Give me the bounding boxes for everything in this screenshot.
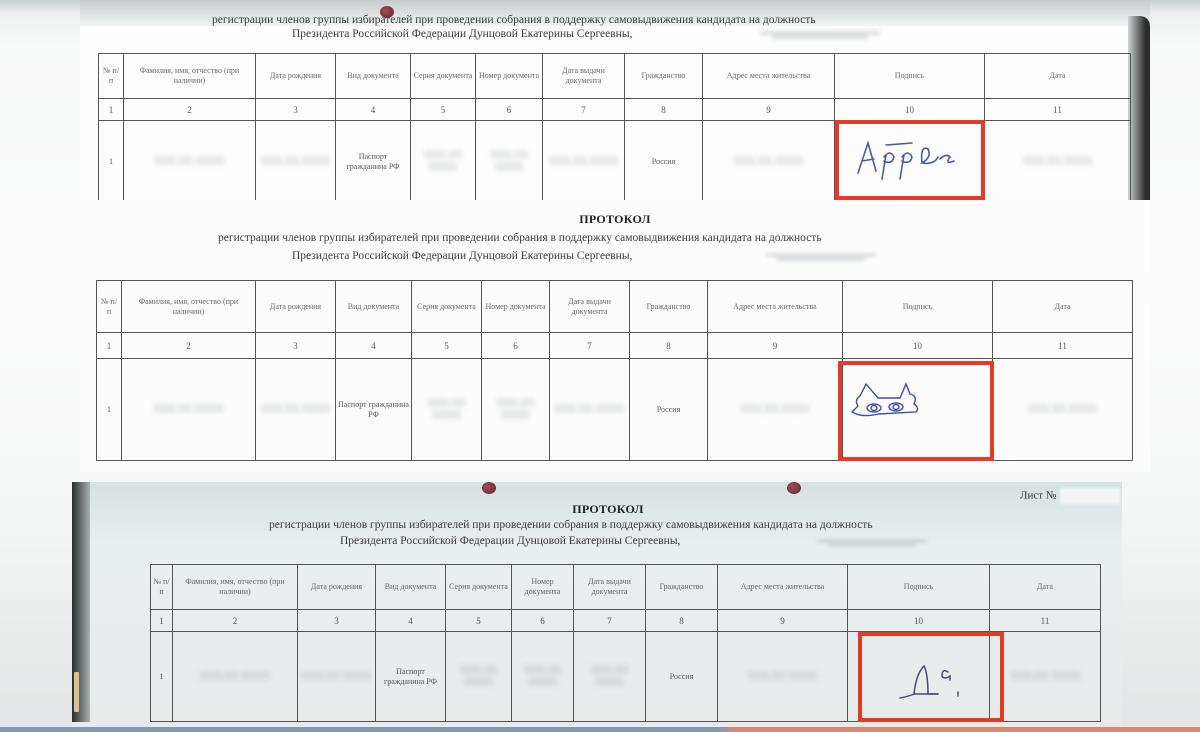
- header-document-type: Вид документа: [336, 281, 412, 333]
- header-signature: Подпись: [835, 54, 985, 99]
- colnum-10: 10: [835, 99, 985, 121]
- cell-document-type: Паспорт гражданина РФ: [336, 121, 411, 203]
- protocol-subtitle-line1: регистрации членов группы избирателей пр…: [218, 232, 822, 244]
- redacted-value: XXX.XX XXXX: [302, 671, 372, 683]
- redacted-sheet-number: [1060, 488, 1120, 504]
- protocol-subtitle-line1: регистрации членов группы избирателей пр…: [212, 14, 816, 26]
- redacted-signature-line: [817, 538, 927, 548]
- row-index: 1: [99, 121, 124, 203]
- cell-document-number: XXX.XX XXXX: [476, 121, 543, 203]
- protocol-subtitle-line1: регистрации членов группы избирателей пр…: [269, 519, 873, 531]
- header-index: № п/п: [97, 281, 122, 333]
- column-number-row: 1 2 3 4 5 6 7 8 9 10 11: [99, 99, 1131, 121]
- colnum-9: 9: [718, 610, 848, 632]
- redacted-value: XXX.XX XXXX: [549, 156, 619, 168]
- colnum-1: 1: [99, 99, 124, 121]
- redacted-value: XXX.XX XXXX: [414, 398, 479, 422]
- page-curl: [1128, 16, 1150, 211]
- colnum-3: 3: [298, 610, 376, 632]
- header-index: № п/п: [99, 54, 124, 99]
- header-issue-date: Дата выдачи документа: [543, 54, 625, 99]
- protocol-subtitle-line2: Президента Российской Федерации Дунцовой…: [292, 28, 632, 40]
- header-birth-date: Дата рождения: [256, 281, 336, 333]
- header-date: Дата: [993, 281, 1133, 333]
- redacted-signature-line: [766, 252, 876, 262]
- protocol-heading: ПРОТОКОЛ: [508, 502, 708, 517]
- cell-date: XXX.XX XXXX: [993, 359, 1133, 461]
- redacted-value: XXX.XX XXXX: [555, 404, 625, 416]
- handwritten-signature-3: [898, 660, 978, 705]
- sheet-number: Лист №: [1020, 488, 1120, 504]
- header-document-number: Номер документа: [476, 54, 543, 99]
- header-birth-date: Дата рождения: [298, 565, 376, 610]
- header-document-number: Номер документа: [482, 281, 550, 333]
- colnum-10: 10: [843, 333, 993, 359]
- colnum-3: 3: [256, 99, 336, 121]
- cell-date: XXX.XX XXXX: [990, 632, 1101, 722]
- colnum-9: 9: [708, 333, 843, 359]
- colnum-4: 4: [376, 610, 446, 632]
- cell-document-series: XXX.XX XXXX: [411, 121, 476, 203]
- handwritten-signature-1: [850, 135, 970, 185]
- colnum-2: 2: [122, 333, 256, 359]
- redacted-value: XXX.XX XXXX: [155, 156, 225, 168]
- redacted-value: XXX.XX XXXX: [261, 156, 331, 168]
- header-citizenship: Гражданство: [630, 281, 708, 333]
- cell-document-series: XXX.XX XXXX: [446, 632, 512, 722]
- redacted-value: XXX.XX XXXX: [740, 404, 810, 416]
- decorative-marker: [74, 672, 79, 712]
- cell-document-type: Паспорт гражданина РФ: [376, 632, 446, 722]
- cell-document-number: XXX.XX XXXX: [512, 632, 574, 722]
- cell-document-series: XXX.XX XXXX: [412, 359, 482, 461]
- colnum-7: 7: [574, 610, 646, 632]
- colnum-8: 8: [630, 333, 708, 359]
- video-progress-band: [0, 727, 1200, 732]
- colnum-9: 9: [703, 99, 835, 121]
- cell-full-name: XXX.XX XXXX: [122, 359, 256, 461]
- redacted-value: XXX.XX XXXX: [154, 404, 224, 416]
- header-document-type: Вид документа: [336, 54, 411, 99]
- header-issue-date: Дата выдачи документа: [550, 281, 630, 333]
- cell-birth-date: XXX.XX XXXX: [256, 121, 336, 203]
- header-citizenship: Гражданство: [625, 54, 703, 99]
- colnum-2: 2: [124, 99, 256, 121]
- redacted-value: XXX.XX XXXX: [478, 150, 540, 174]
- header-full-name: Фамилия, имя, отчество (при наличии): [173, 565, 298, 610]
- colnum-10: 10: [848, 610, 990, 632]
- redacted-value: XXX.XX XXXX: [734, 156, 804, 168]
- header-address: Адрес места жительства: [703, 54, 835, 99]
- cell-citizenship: Россия: [646, 632, 718, 722]
- header-row: № п/п Фамилия, имя, отчество (при наличи…: [97, 281, 1133, 333]
- cell-document-type: Паспорт гражданина РФ: [336, 359, 412, 461]
- colnum-6: 6: [482, 333, 550, 359]
- cell-address: XXX.XX XXXX: [718, 632, 848, 722]
- colnum-11: 11: [993, 333, 1133, 359]
- cell-issue-date: XXX.XX XXXX: [574, 632, 646, 722]
- redacted-value: XXX.XX XXXX: [484, 398, 547, 422]
- header-signature: Подпись: [848, 565, 990, 610]
- colnum-8: 8: [646, 610, 718, 632]
- header-row: № п/п Фамилия, имя, отчество (при наличи…: [151, 565, 1101, 610]
- redacted-value: XXX.XX XXXX: [1028, 404, 1098, 416]
- colnum-5: 5: [446, 610, 512, 632]
- redacted-signature-line: [760, 30, 880, 40]
- cell-issue-date: XXX.XX XXXX: [543, 121, 625, 203]
- protocol-subtitle-line2: Президента Российской Федерации Дунцовой…: [292, 250, 632, 262]
- colnum-8: 8: [625, 99, 703, 121]
- colnum-1: 1: [97, 333, 122, 359]
- header-document-number: Номер документа: [512, 565, 574, 610]
- redacted-value: XXX.XX XXXX: [413, 150, 473, 174]
- header-citizenship: Гражданство: [646, 565, 718, 610]
- header-row: № п/п Фамилия, имя, отчество (при наличи…: [99, 54, 1131, 99]
- colnum-3: 3: [256, 333, 336, 359]
- binder-clip: [787, 482, 801, 494]
- header-date: Дата: [985, 54, 1131, 99]
- header-index: № п/п: [151, 565, 173, 610]
- cell-issue-date: XXX.XX XXXX: [550, 359, 630, 461]
- header-document-series: Серия документа: [446, 565, 512, 610]
- cell-birth-date: XXX.XX XXXX: [256, 359, 336, 461]
- cell-address: XXX.XX XXXX: [708, 359, 843, 461]
- colnum-1: 1: [151, 610, 173, 632]
- header-date: Дата: [990, 565, 1101, 610]
- colnum-7: 7: [550, 333, 630, 359]
- header-full-name: Фамилия, имя, отчество (при наличии): [124, 54, 256, 99]
- protocol-sheet-1: регистрации членов группы избирателей пр…: [80, 0, 1150, 218]
- redacted-value: XXX.XX XXXX: [200, 671, 270, 683]
- header-signature: Подпись: [843, 281, 993, 333]
- redacted-value: XXX.XX XXXX: [514, 665, 571, 689]
- redacted-value: XXX.XX XXXX: [576, 665, 643, 689]
- colnum-4: 4: [336, 99, 411, 121]
- colnum-7: 7: [543, 99, 625, 121]
- header-document-series: Серия документа: [412, 281, 482, 333]
- cell-address: XXX.XX XXXX: [703, 121, 835, 203]
- header-full-name: Фамилия, имя, отчество (при наличии): [122, 281, 256, 333]
- cell-citizenship: Россия: [625, 121, 703, 203]
- colnum-4: 4: [336, 333, 412, 359]
- column-number-row: 1 2 3 4 5 6 7 8 9 10 11: [151, 610, 1101, 632]
- protocol-subtitle-line2: Президента Российской Федерации Дунцовой…: [340, 535, 680, 547]
- cell-full-name: XXX.XX XXXX: [124, 121, 256, 203]
- cat-doodle-signature: [848, 380, 938, 425]
- sheet-number-label: Лист №: [1020, 490, 1056, 502]
- colnum-11: 11: [985, 99, 1131, 121]
- redacted-value: XXX.XX XXXX: [1010, 671, 1080, 683]
- redacted-value: XXX.XX XXXX: [748, 671, 818, 683]
- redacted-value: XXX.XX XXXX: [261, 404, 331, 416]
- header-document-series: Серия документа: [411, 54, 476, 99]
- header-document-type: Вид документа: [376, 565, 446, 610]
- header-birth-date: Дата рождения: [256, 54, 336, 99]
- row-index: 1: [97, 359, 122, 461]
- protocol-heading: ПРОТОКОЛ: [80, 212, 1150, 227]
- header-address: Адрес места жительства: [718, 565, 848, 610]
- cell-document-number: XXX.XX XXXX: [482, 359, 550, 461]
- colnum-6: 6: [512, 610, 574, 632]
- cell-citizenship: Россия: [630, 359, 708, 461]
- cell-date: XXX.XX XXXX: [985, 121, 1131, 203]
- column-number-row: 1 2 3 4 5 6 7 8 9 10 11: [97, 333, 1133, 359]
- colnum-5: 5: [412, 333, 482, 359]
- redacted-value: XXX.XX XXXX: [448, 665, 509, 689]
- redacted-value: XXX.XX XXXX: [1023, 156, 1093, 168]
- binder-clip: [482, 482, 496, 494]
- header-address: Адрес места жительства: [708, 281, 843, 333]
- colnum-11: 11: [990, 610, 1101, 632]
- cell-full-name: XXX.XX XXXX: [173, 632, 298, 722]
- cell-birth-date: XXX.XX XXXX: [298, 632, 376, 722]
- colnum-2: 2: [173, 610, 298, 632]
- header-issue-date: Дата выдачи документа: [574, 565, 646, 610]
- colnum-6: 6: [476, 99, 543, 121]
- colnum-5: 5: [411, 99, 476, 121]
- row-index: 1: [151, 632, 173, 722]
